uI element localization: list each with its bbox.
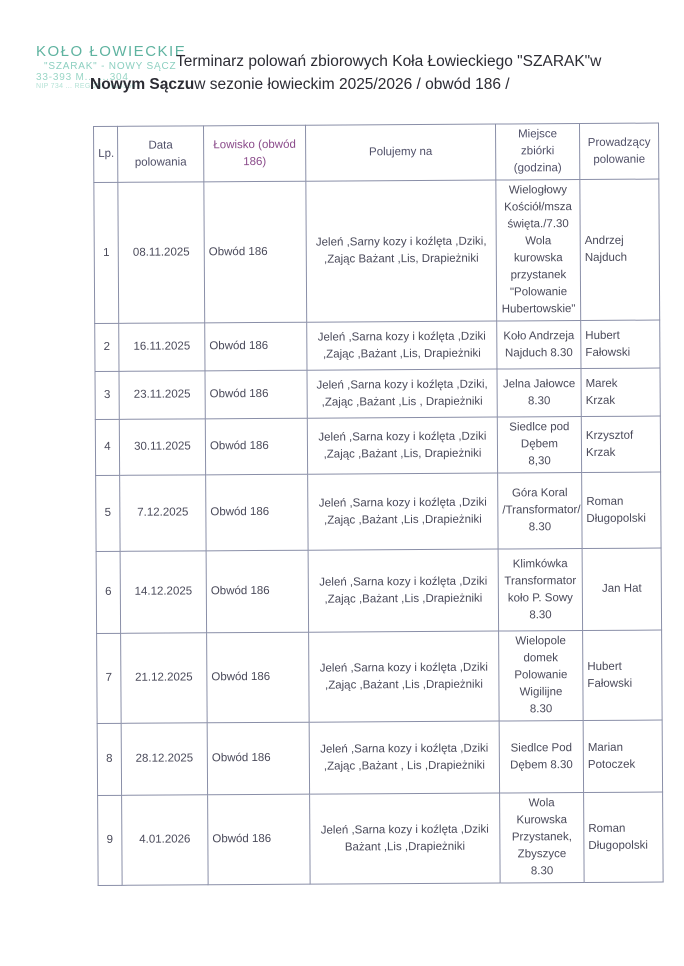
hunt-date: 23.11.2025 xyxy=(119,371,205,420)
hunt-date: 21.12.2025 xyxy=(121,633,208,724)
hunt-area: Obwód 186 xyxy=(206,474,308,551)
hunt-area: Obwód 186 xyxy=(206,550,308,633)
hunt-leader: Jan Hat xyxy=(582,548,661,630)
hunt-area: Obwód 186 xyxy=(205,322,307,371)
table-row: 430.11.2025Obwód 186Jeleń ,Sarna kozy i … xyxy=(95,416,660,475)
hunt-date: 4.01.2026 xyxy=(122,795,209,886)
hunt-leader: Hubert Fałowski xyxy=(583,630,663,720)
row-number: 6 xyxy=(96,551,121,633)
header-leader: Prowadzący polowanie xyxy=(579,123,658,179)
meeting-place: Wielogłowy Kościół/msza święta./7.30 Wol… xyxy=(496,180,581,322)
game-species: Jeleń ,Sarna kozy i koźlęta ,Dziki, ,Zaj… xyxy=(307,369,497,418)
row-number: 3 xyxy=(95,371,119,419)
row-number: 2 xyxy=(95,323,119,371)
table-row: 57.12.2025Obwód 186Jeleń ,Sarna kozy i k… xyxy=(96,472,661,551)
table-row: 323.11.2025Obwód 186Jeleń ,Sarna kozy i … xyxy=(95,368,660,419)
hunt-date: 30.11.2025 xyxy=(119,419,205,476)
hunt-leader: Hubert Fałowski xyxy=(581,320,660,368)
hunt-leader: Marian Potoczek xyxy=(583,720,662,792)
game-species: Jeleń ,Sarna kozy i koźlęta ,Dziki Bażan… xyxy=(310,793,501,884)
table-row: 94.01.2026Obwód 186Jeleń ,Sarna kozy i k… xyxy=(98,792,664,885)
game-species: Jeleń ,Sarna kozy i koźlęta ,Dziki ,Zają… xyxy=(307,417,497,474)
game-species: Jeleń ,Sarna kozy i koźlęta ,Dziki ,Zają… xyxy=(307,321,497,370)
game-species: Jeleń ,Sarna kozy i koźlęta ,Dziki ,Zają… xyxy=(309,631,500,722)
table-row: 614.12.2025Obwód 186Jeleń ,Sarna kozy i … xyxy=(96,548,661,633)
hunt-area: Obwód 186 xyxy=(207,632,310,723)
row-number: 5 xyxy=(96,475,120,551)
header-place: Miejsce zbiórki (godzina) xyxy=(495,124,579,181)
meeting-place: Wielopole domek Polowanie Wigilijne 8.30 xyxy=(499,631,584,722)
table-row: 721.12.2025Obwód 186Jeleń ,Sarna kozy i … xyxy=(97,630,663,723)
table-row: 828.12.2025Obwód 186Jeleń ,Sarna kozy i … xyxy=(97,720,662,795)
title-city: Nowym Sączu xyxy=(90,76,194,93)
meeting-place: Siedlce Pod Dębem 8.30 xyxy=(499,721,583,794)
row-number: 1 xyxy=(94,182,119,323)
row-number: 8 xyxy=(97,723,121,795)
meeting-place: Wola Kurowska Przystanek, Zbyszyce 8.30 xyxy=(500,793,585,884)
meeting-place: Klimkówka Transformator koło P. Sowy 8.3… xyxy=(498,549,582,632)
hunt-schedule-table: Lp. Data polowania Łowisko (obwód 186) P… xyxy=(93,123,664,886)
game-species: Jeleń ,Sarna kozy i koźlęta ,Dziki ,Zają… xyxy=(309,721,499,794)
hunt-leader: Roman Długopolski xyxy=(584,792,664,882)
game-species: Jeleń ,Sarny kozy i koźlęta ,Dziki, ,Zaj… xyxy=(306,180,497,322)
title-line-1: Terminarz polowań zbiorowych Koła Łowiec… xyxy=(90,50,650,73)
hunt-area: Obwód 186 xyxy=(207,722,309,795)
row-number: 7 xyxy=(97,633,122,723)
meeting-place: Siedlce pod Dębem 8,30 xyxy=(497,417,581,474)
hunt-area: Obwód 186 xyxy=(204,181,307,323)
hunt-date: 7.12.2025 xyxy=(120,475,206,552)
row-number: 4 xyxy=(95,419,119,475)
meeting-place: Góra Koral /Transformator/ 8.30 xyxy=(498,473,582,550)
game-species: Jeleń ,Sarna kozy i koźlęta ,Dziki ,Zają… xyxy=(308,549,498,632)
table-row: 216.11.2025Obwód 186Jeleń ,Sarna kozy i … xyxy=(95,320,660,371)
hunt-area: Obwód 186 xyxy=(205,418,307,475)
hunt-date: 16.11.2025 xyxy=(119,323,205,372)
table-row: 108.11.2025Obwód 186Jeleń ,Sarny kozy i … xyxy=(94,179,660,323)
header-game: Polujemy na xyxy=(305,124,495,181)
hunt-leader: Krzysztof Krzak xyxy=(581,416,660,472)
hunt-leader: Marek Krzak xyxy=(581,368,660,416)
title-line-2: Nowym Sączuw sezonie łowieckim 2025/2026… xyxy=(90,73,650,96)
hunt-date: 14.12.2025 xyxy=(120,551,206,634)
meeting-place: Jelna Jałowce 8.30 xyxy=(497,369,581,418)
header-lp: Lp. xyxy=(94,126,118,182)
header-lowisko: Łowisko (obwód 186) xyxy=(204,125,306,182)
hunt-leader: Roman Długopolski xyxy=(582,472,661,548)
meeting-place: Koło Andrzeja Najduch 8.30 xyxy=(497,321,581,370)
document-title: Terminarz polowań zbiorowych Koła Łowiec… xyxy=(90,50,650,96)
hunt-area: Obwód 186 xyxy=(205,370,307,419)
hunt-date: 08.11.2025 xyxy=(118,182,205,324)
row-number: 9 xyxy=(98,795,123,885)
hunt-date: 28.12.2025 xyxy=(121,723,207,796)
title-season: w sezonie łowieckim 2025/2026 / obwód 18… xyxy=(194,76,509,93)
hunt-area: Obwód 186 xyxy=(208,794,311,885)
game-species: Jeleń ,Sarna kozy i koźlęta ,Dziki ,Zają… xyxy=(308,473,498,550)
hunt-leader: Andrzej Najduch xyxy=(580,179,660,320)
header-date: Data polowania xyxy=(118,126,204,183)
table-header-row: Lp. Data polowania Łowisko (obwód 186) P… xyxy=(94,123,659,182)
